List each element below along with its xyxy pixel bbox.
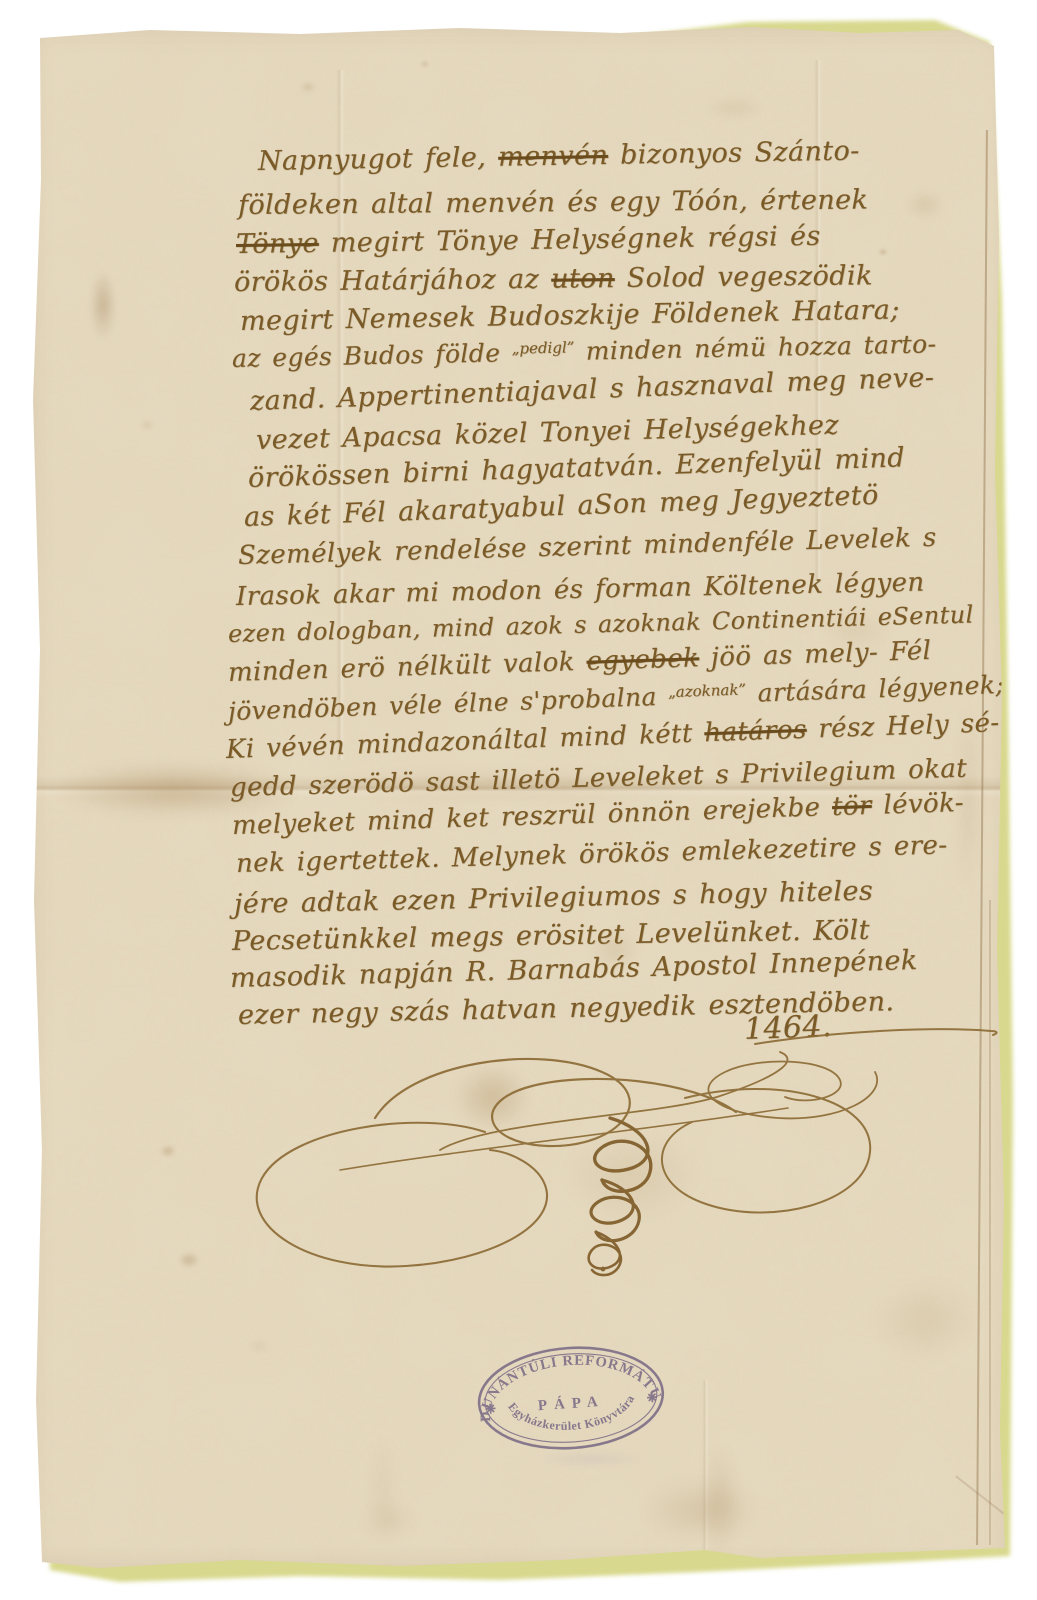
text-segment: az egés Budos földe xyxy=(232,338,512,373)
inserted-word: „azoknak” xyxy=(668,680,747,701)
struck-word: Tönye xyxy=(236,228,319,260)
manuscript-line: jére adtak ezen Privilegiumos s hogy hit… xyxy=(234,876,874,920)
manuscript-line: örökös Határjához az uton Solod vegeszöd… xyxy=(234,260,873,298)
manuscript-line: Személyek rendelése szerint mindenféle L… xyxy=(238,523,937,571)
text-segment: bizonyos Szánto- xyxy=(608,136,860,171)
text-segment: nek igertettek. Melynek örökös emlekezet… xyxy=(236,830,948,879)
text-segment: Solod vegeszödik xyxy=(615,260,873,294)
text-segment: örökös Határjához az xyxy=(234,264,552,298)
inserted-word: „pedigl” xyxy=(511,338,574,357)
text-segment: jövendöben véle élne s'probalna xyxy=(227,682,668,726)
text-segment: földeken altal menvén és egy Tóón, érten… xyxy=(238,185,869,221)
document-photo: Napnyugot fele, menvén bizonyos Szánto-f… xyxy=(0,0,1037,1600)
struck-word: tör xyxy=(832,791,873,822)
manuscript-line: nek igertettek. Melynek örökös emlekezet… xyxy=(236,830,948,879)
struck-word: egyebek xyxy=(586,643,700,677)
text-segment: jére adtak ezen Privilegiumos s hogy hit… xyxy=(234,876,874,920)
struck-word: menvén xyxy=(498,140,609,173)
struck-word: uton xyxy=(551,263,615,295)
text-segment: artására légyenek; xyxy=(746,670,1005,708)
stamp-text-center: PÁPA xyxy=(537,1393,605,1415)
text-segment: megirt Tönye Helységnek régsi és xyxy=(319,221,821,259)
text-segment: jöö as mely- Fél xyxy=(699,636,932,673)
struck-word: határos xyxy=(704,715,807,749)
manuscript-line: Tönye megirt Tönye Helységnek régsi és xyxy=(236,221,821,260)
text-segment: megirt Nemesek Budoszkije Földenek Hatar… xyxy=(240,294,900,337)
manuscript-line: földeken altal menvén és egy Tóón, érten… xyxy=(238,185,869,221)
text-segment: rész Hely sé- xyxy=(806,708,1000,745)
text-segment: Személyek rendelése szerint mindenféle L… xyxy=(238,523,937,571)
library-stamp: DUNÁNTÚLI REFORMÁTUS PÁPA Egyházkerület … xyxy=(469,1336,672,1461)
text-segment: Napnyugot fele, xyxy=(258,142,499,177)
manuscript-page: Napnyugot fele, menvén bizonyos Szánto-f… xyxy=(0,0,1037,1600)
text-segment: lévök- xyxy=(871,788,964,821)
calligraphic-flourish xyxy=(140,1000,1020,1300)
text-segment: minden némü hozza tarto- xyxy=(574,329,937,366)
text-segment: minden erö nélkült valok xyxy=(228,647,587,688)
manuscript-line: Napnyugot fele, menvén bizonyos Szánto- xyxy=(258,136,860,177)
manuscript-line: megirt Nemesek Budoszkije Földenek Hatar… xyxy=(240,294,900,337)
text-segment: Ki vévén mindazonáltal mind kétt xyxy=(225,718,704,765)
